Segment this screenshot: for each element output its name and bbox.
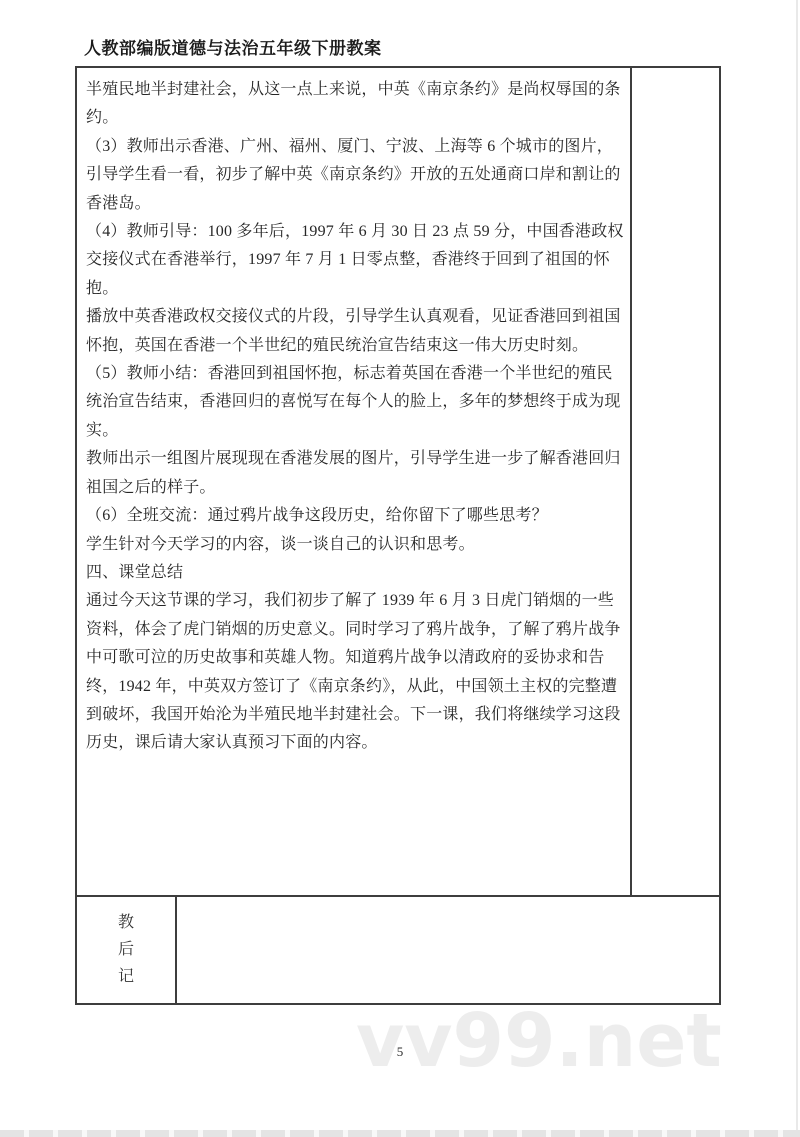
text-line: 抱。 (86, 275, 624, 303)
section-heading-line: 四、课堂总结 (86, 559, 624, 587)
text-line: 怀抱，英国在香港一个半世纪的殖民统治宣告结束这一伟大历史时刻。 (86, 332, 624, 360)
bottom-dashed-divider (0, 1130, 800, 1137)
text-line: 播放中英香港政权交接仪式的片段，引导学生认真观看，见证香港回到祖国 (86, 303, 624, 331)
lesson-content-table: 半殖民地半封建社会，从这一点上来说，中英《南京条约》是尚权辱国的条 约。 （3）… (75, 66, 721, 897)
watermark-text: vv99.net (356, 998, 722, 1084)
lesson-content-cell: 半殖民地半封建社会，从这一点上来说，中英《南京条约》是尚权辱国的条 约。 （3）… (77, 68, 632, 895)
text-line: 通过今天这节课的学习，我们初步了解了 1939 年 6 月 3 日虎门销烟的一些 (86, 587, 624, 615)
text-line: （5）教师小结：香港回到祖国怀抱，标志着英国在香港一个半世纪的殖民 (86, 360, 624, 388)
page-edge-divider (796, 0, 798, 1137)
text-line: 约。 (86, 104, 624, 132)
text-line: 学生针对今天学习的内容，谈一谈自己的认识和思考。 (86, 531, 624, 559)
text-line: （6）全班交流：通过鸦片战争这段历史，给你留下了哪些思考？ (86, 502, 624, 530)
lesson-plan-page: 人教部编版道德与法治五年级下册教案 半殖民地半封建社会，从这一点上来说，中英《南… (0, 0, 800, 1137)
text-line: 统治宣告结束，香港回归的喜悦写在每个人的脸上，多年的梦想终于成为现 (86, 388, 624, 416)
page-number: 5 (380, 1044, 420, 1060)
text-line: 半殖民地半封建社会，从这一点上来说，中英《南京条约》是尚权辱国的条 (86, 76, 624, 104)
text-line: 引导学生看一看，初步了解中英《南京条约》开放的五处通商口岸和割让的 (86, 161, 624, 189)
text-line: （4）教师引导：100 多年后，1997 年 6 月 30 日 23 点 59 … (86, 218, 624, 246)
text-line: （3）教师出示香港、广州、福州、厦门、宁波、上海等 6 个城市的图片， (86, 133, 624, 161)
text-line: 到破坏，我国开始沦为半殖民地半封建社会。下一课，我们将继续学习这段 (86, 701, 624, 729)
document-header-title: 人教部编版道德与法治五年级下册教案 (84, 34, 382, 59)
text-line: 资料，体会了虎门销烟的历史意义。同时学习了鸦片战争，了解了鸦片战争 (86, 616, 624, 644)
after-note-label-char: 后 (118, 942, 134, 958)
text-line: 中可歌可泣的历史故事和英雄人物。知道鸦片战争以清政府的妥协求和告 (86, 644, 624, 672)
empty-side-column-cell (632, 68, 719, 895)
text-line: 香港岛。 (86, 190, 624, 218)
text-line: 教师出示一组图片展现现在香港发展的图片，引导学生进一步了解香港回归 (86, 445, 624, 473)
text-line: 终，1942 年，中英双方签订了《南京条约》，从此，中国领土主权的完整遭 (86, 673, 624, 701)
text-line: 实。 (86, 417, 624, 445)
after-note-label-cell: 教 后 记 (77, 897, 177, 1003)
after-class-note-table: 教 后 记 (75, 895, 721, 1005)
text-line: 交接仪式在香港举行，1997 年 7 月 1 日零点整，香港终于回到了祖国的怀 (86, 246, 624, 274)
text-line: 历史，课后请大家认真预习下面的内容。 (86, 729, 624, 757)
after-note-label-char: 教 (118, 915, 134, 931)
after-note-label-char: 记 (118, 969, 134, 985)
after-note-empty-cell (177, 897, 719, 1003)
text-line: 祖国之后的样子。 (86, 474, 624, 502)
